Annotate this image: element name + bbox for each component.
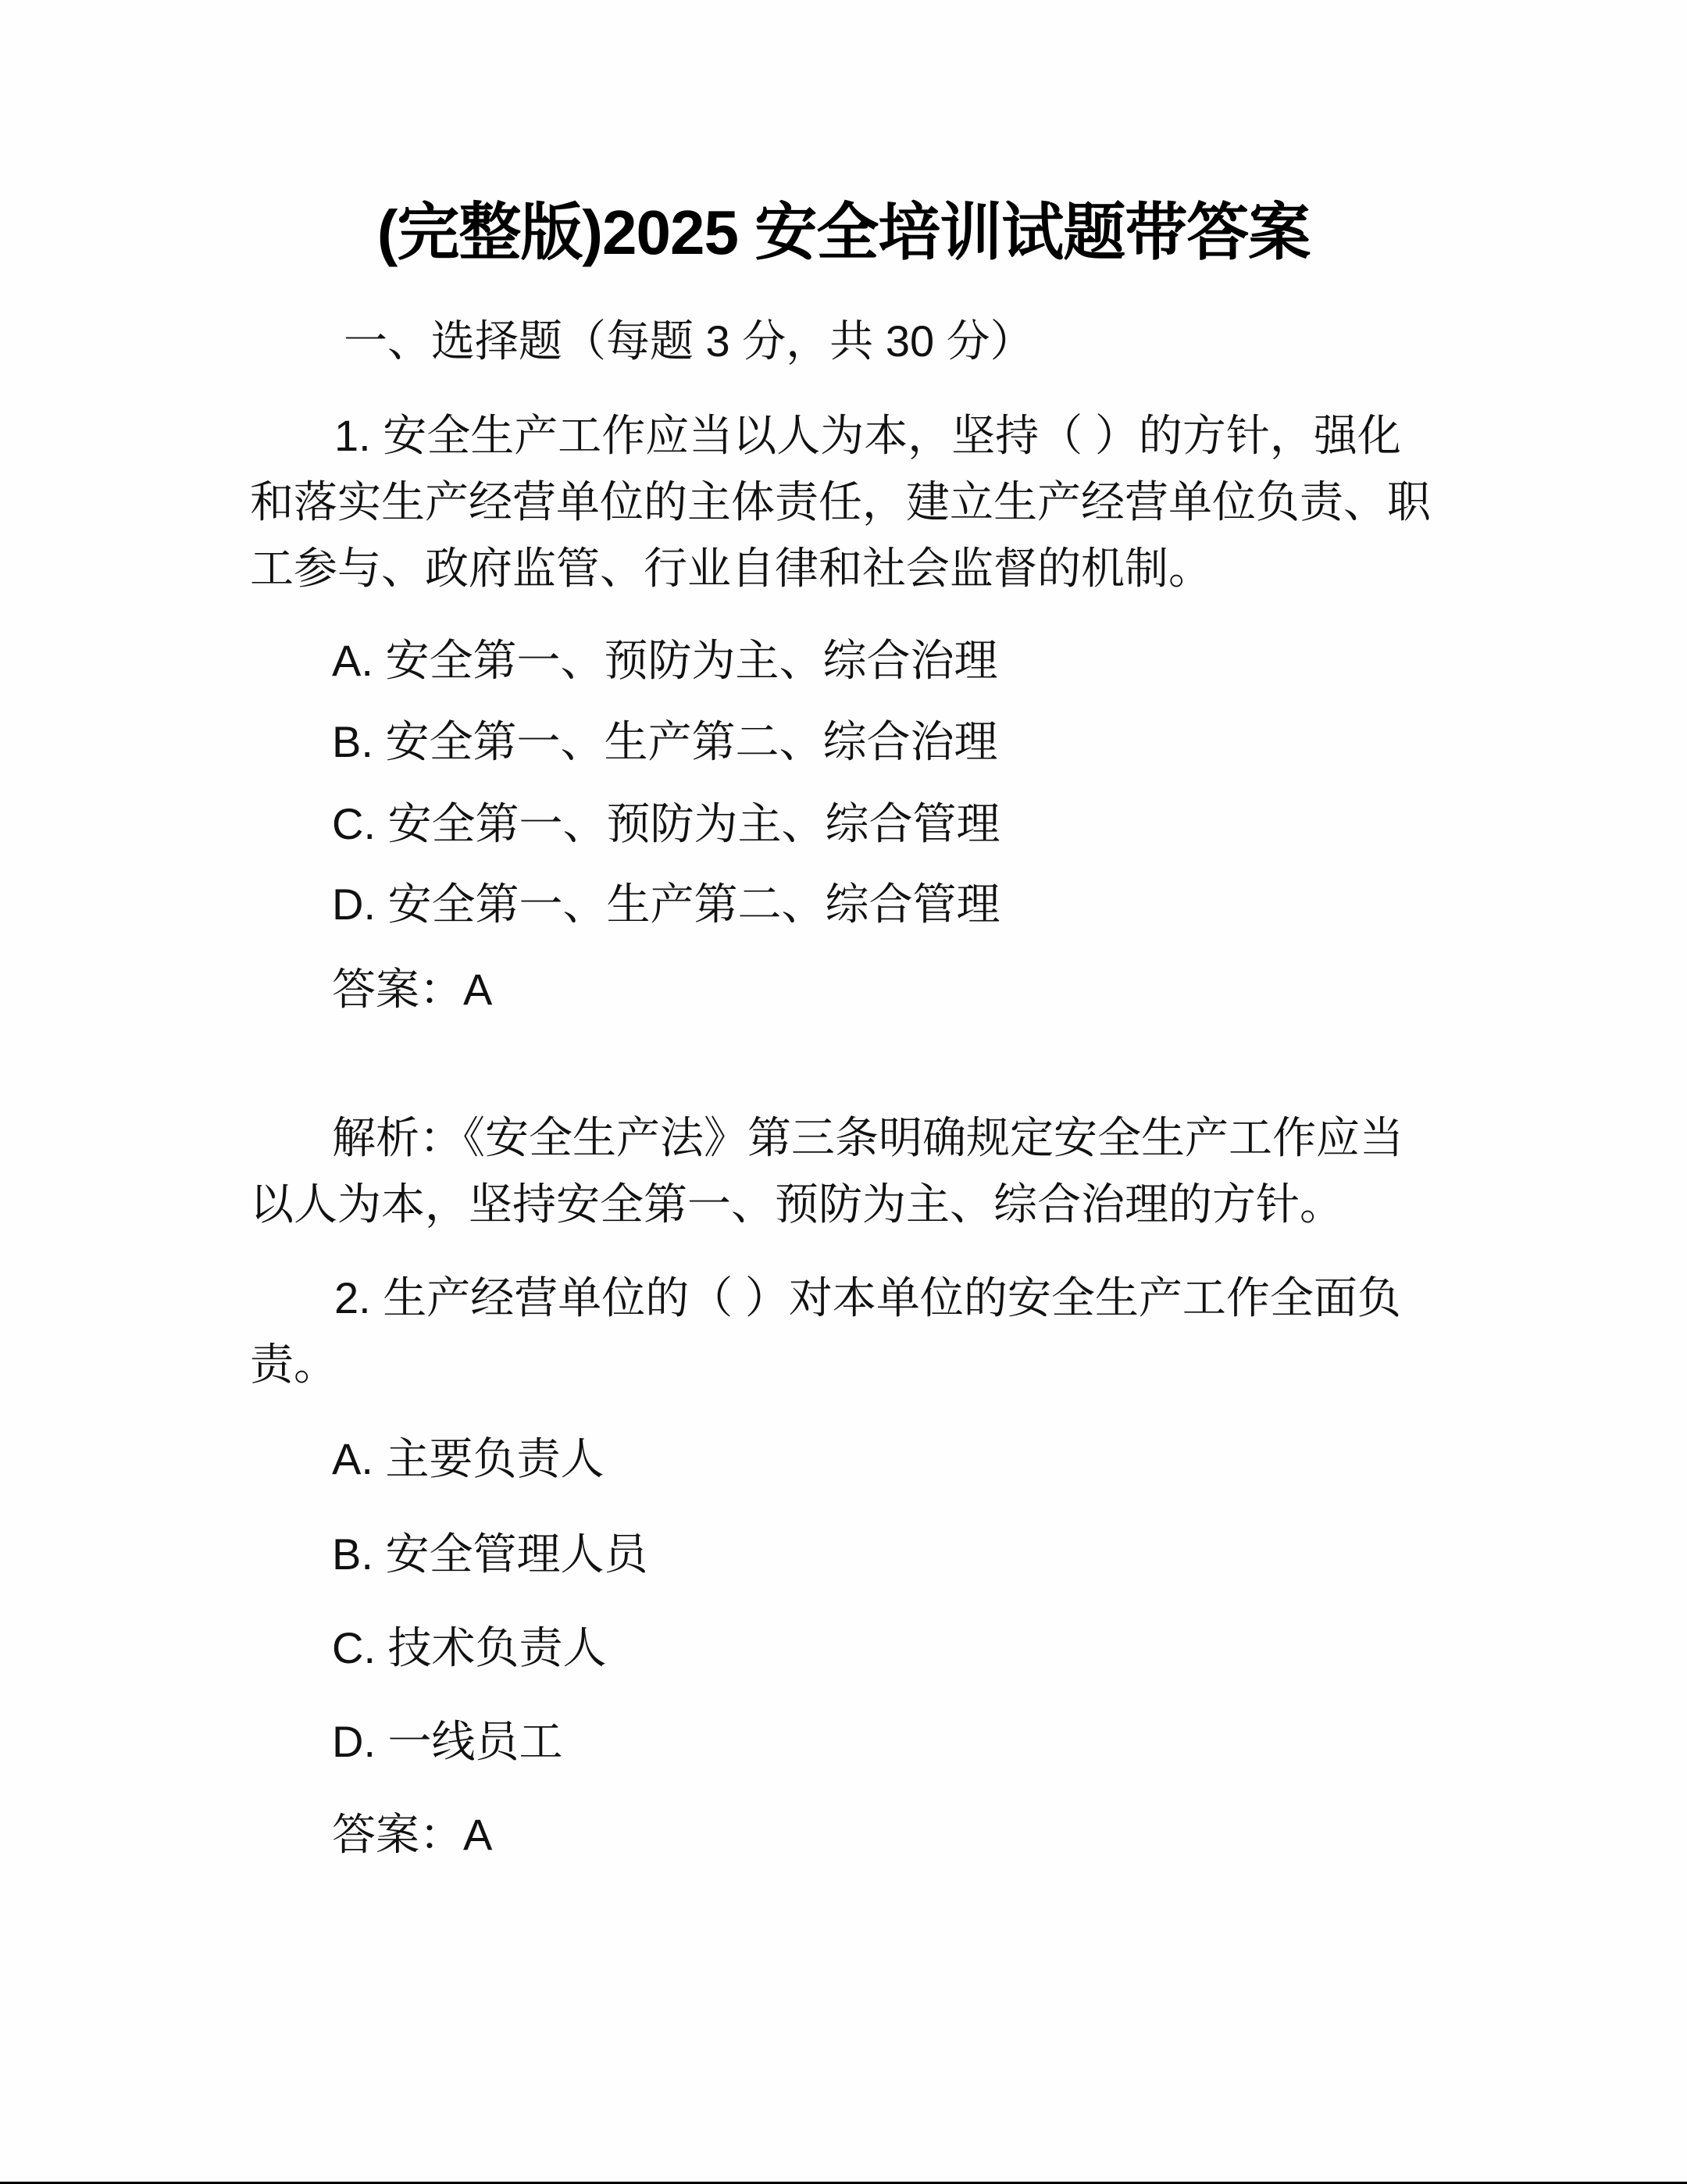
question-1-stem-line-2: 和落实生产经营单位的主体责任，建立生产经营单位负责、职	[250, 480, 1431, 524]
question-1-stem-line-1: 1. 安全生产工作应当以人为本，坚持（ ）的方针，强化	[334, 414, 1401, 458]
question-1-analysis-line-1: 解析：《安全生产法》第三条明确规定安全生产工作应当	[332, 1116, 1403, 1160]
question-2-option-a: A. 主要负责人	[332, 1437, 604, 1481]
question-2-stem-line-1: 2. 生产经营单位的（ ）对本单位的安全生产工作全面负	[334, 1276, 1401, 1320]
section-heading: 一、选择题（每题 3 分，共 30 分）	[344, 319, 1034, 363]
question-1-option-d: D. 安全第一、生产第二、综合管理	[332, 883, 1000, 926]
question-1-answer: 答案：A	[332, 968, 492, 1012]
question-1-option-c: C. 安全第一、预防为主、综合管理	[332, 802, 1000, 846]
question-2-stem-line-2: 责。	[250, 1343, 337, 1386]
question-2-option-d: D. 一线员工	[332, 1720, 563, 1764]
question-1-analysis-line-2: 以人为本，坚持安全第一、预防为主、综合治理的方针。	[250, 1183, 1343, 1226]
question-2-option-c: C. 技术负责人	[332, 1626, 607, 1670]
document-page: (完整版)2025 安全培训试题带答案 一、选择题（每题 3 分，共 30 分）…	[0, 0, 1687, 2184]
question-1-option-b: B. 安全第一、生产第二、综合治理	[332, 720, 997, 764]
question-2-option-b: B. 安全管理人员	[332, 1533, 647, 1576]
question-2-answer: 答案：A	[332, 1813, 492, 1857]
document-title: (完整版)2025 安全培训试题带答案	[0, 202, 1687, 264]
question-1-stem-line-3: 工参与、政府监管、行业自律和社会监督的机制。	[250, 547, 1212, 591]
question-1-option-a: A. 安全第一、预防为主、综合治理	[332, 639, 997, 683]
